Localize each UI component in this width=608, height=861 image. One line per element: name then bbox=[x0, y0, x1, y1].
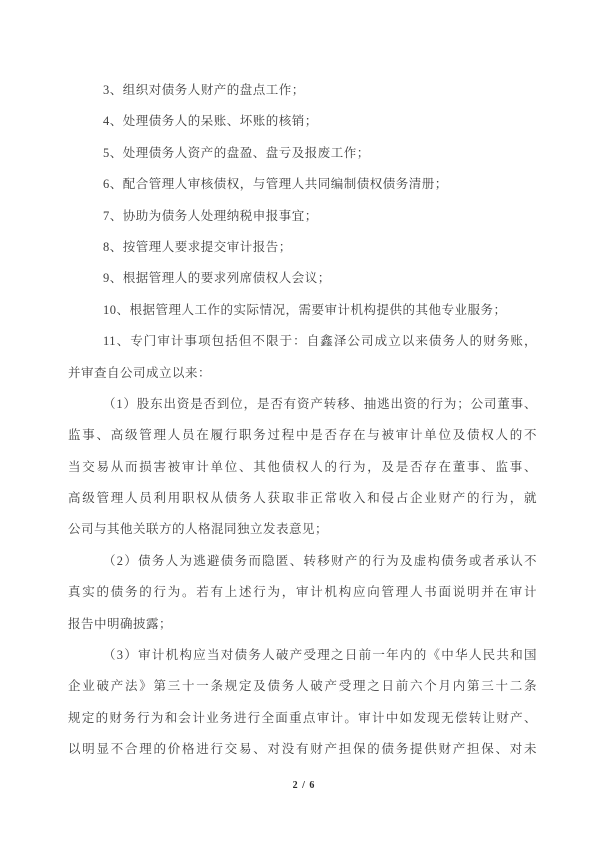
page-number: 2 / 6 bbox=[0, 777, 608, 795]
text-line: （3）审计机构应当对债务人破产受理之日前一年内的《中华人民共和国 bbox=[68, 640, 537, 671]
text-line: 报告中明确披露； bbox=[68, 609, 537, 640]
text-line: 并审查自公司成立以来： bbox=[68, 358, 537, 389]
text-line: 真实的债务的行为。若有上述行为，审计机构应向管理人书面说明并在审计 bbox=[68, 577, 537, 608]
text-line: 7、协助为债务人处理纳税申报事宜； bbox=[68, 201, 537, 232]
text-line: 规定的财务行为和会计业务进行全面重点审计。审计中如发现无偿转让财产、 bbox=[68, 703, 537, 734]
text-line: 9、根据管理人的要求列席债权人会议； bbox=[68, 263, 537, 294]
text-line: 10、根据管理人工作的实际情况，需要审计机构提供的其他专业服务； bbox=[68, 295, 537, 326]
text-line: （1）股东出资是否到位，是否有资产转移、抽逃出资的行为；公司董事、 bbox=[68, 389, 537, 420]
text-line: 3、组织对债务人财产的盘点工作； bbox=[68, 75, 537, 106]
text-line: 5、处理债务人资产的盘盈、盘亏及报废工作； bbox=[68, 138, 537, 169]
text-line: 以明显不合理的价格进行交易、对没有财产担保的债务提供财产担保、对未 bbox=[68, 734, 537, 765]
text-line: 公司与其他关联方的人格混同独立发表意见； bbox=[68, 514, 537, 545]
text-line: 高级管理人员利用职权从债务人获取非正常收入和侵占企业财产的行为，就 bbox=[68, 483, 537, 514]
text-line: （2）债务人为逃避债务而隐匿、转移财产的行为及虚构债务或者承认不 bbox=[68, 546, 537, 577]
text-line: 8、按管理人要求提交审计报告； bbox=[68, 232, 537, 263]
document-body: 3、组织对债务人财产的盘点工作；4、处理债务人的呆账、坏账的核销；5、处理债务人… bbox=[68, 75, 537, 766]
text-line: 4、处理债务人的呆账、坏账的核销； bbox=[68, 106, 537, 137]
text-line: 企业破产法》第三十一条规定及债务人破产受理之日前六个月内第三十二条 bbox=[68, 671, 537, 702]
text-line: 当交易从而损害被审计单位、其他债权人的行为，及是否存在董事、监事、 bbox=[68, 452, 537, 483]
text-line: 11、专门审计事项包括但不限于：自鑫泽公司成立以来债务人的财务账， bbox=[68, 326, 537, 357]
text-line: 监事、高级管理人员在履行职务过程中是否存在与被审计单位及债权人的不 bbox=[68, 420, 537, 451]
document-page: 3、组织对债务人财产的盘点工作；4、处理债务人的呆账、坏账的核销；5、处理债务人… bbox=[0, 0, 608, 861]
text-line: 6、配合管理人审核债权，与管理人共同编制债权债务清册； bbox=[68, 169, 537, 200]
